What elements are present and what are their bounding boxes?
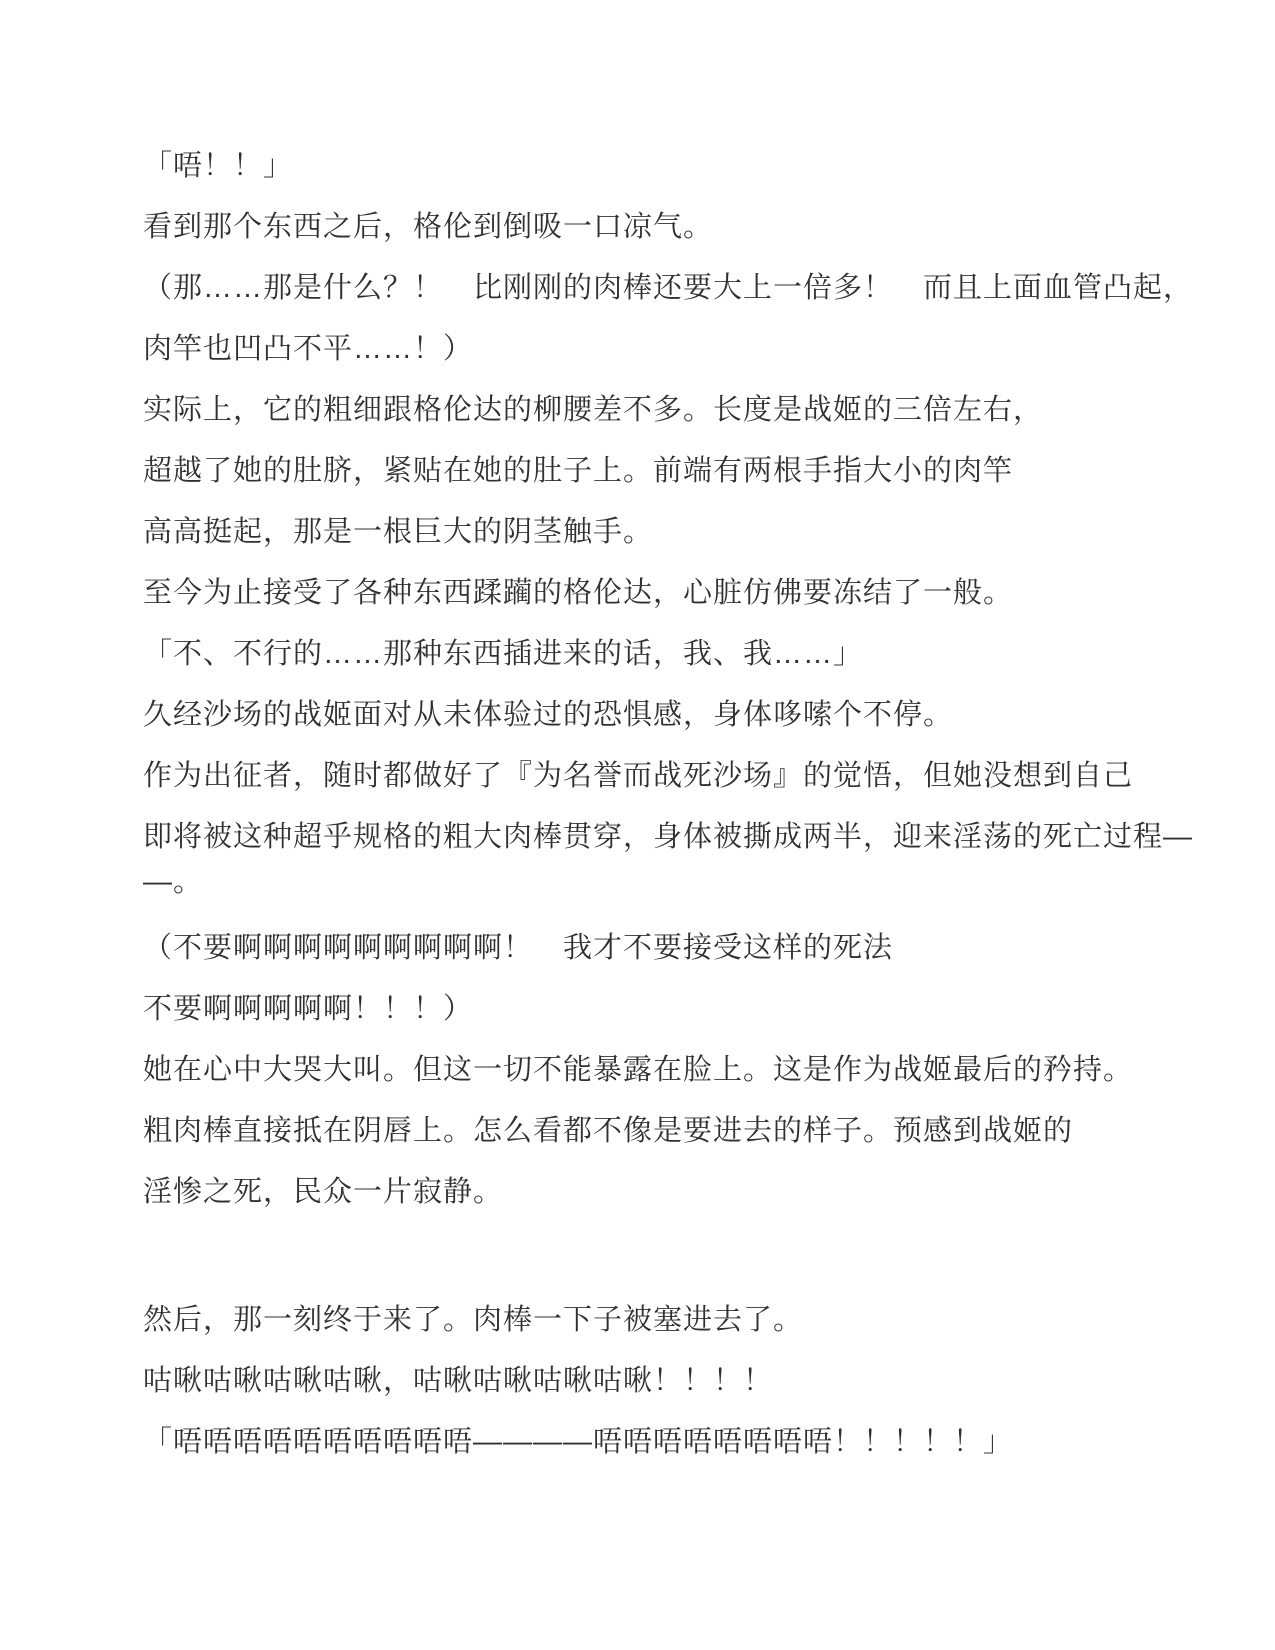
text-line: 肉竿也凹凸不平……！） [143,319,1165,380]
text-block: 「唔！！」 看到那个东西之后，格伦到倒吸一口凉气。 （那……那是什么？！ 比刚刚… [143,136,1165,1473]
text-line: 即将被这种超乎规格的粗大肉棒贯穿，身体被撕成两半，迎来淫荡的死亡过程— [143,807,1165,868]
text-line: 「唔！！」 [143,136,1165,197]
text-line: 粗肉棒直接抵在阴唇上。怎么看都不像是要进去的样子。预感到战姬的 [143,1101,1165,1162]
text-line: 作为出征者，随时都做好了『为名誉而战死沙场』的觉悟，但她没想到自己 [143,746,1165,807]
text-line: 不要啊啊啊啊啊！！！） [143,979,1165,1040]
text-line: 超越了她的肚脐，紧贴在她的肚子上。前端有两根手指大小的肉竿 [143,441,1165,502]
text-line: 她在心中大哭大叫。但这一切不能暴露在脸上。这是作为战姬最后的矜持。 [143,1040,1165,1101]
text-line: 高高挺起，那是一根巨大的阴茎触手。 [143,502,1165,563]
text-line: 「不、不行的……那种东西插进来的话，我、我……」 [143,624,1165,685]
text-line: 至今为止接受了各种东西蹂躏的格伦达，心脏仿佛要冻结了一般。 [143,563,1165,624]
text-line: （不要啊啊啊啊啊啊啊啊啊！ 我才不要接受这样的死法 [143,918,1165,979]
text-line: 然后，那一刻终于来了。肉棒一下子被塞进去了。 [143,1290,1165,1351]
text-line: （那……那是什么？！ 比刚刚的肉棒还要大上一倍多！ 而且上面血管凸起， [143,258,1165,319]
text-line: 实际上，它的粗细跟格伦达的柳腰差不多。长度是战姬的三倍左右， [143,380,1165,441]
text-line: 久经沙场的战姬面对从未体验过的恐惧感，身体哆嗦个不停。 [143,685,1165,746]
text-line: 咕啾咕啾咕啾咕啾，咕啾咕啾咕啾咕啾！！！！ [143,1351,1165,1412]
document-page: 「唔！！」 看到那个东西之后，格伦到倒吸一口凉气。 （那……那是什么？！ 比刚刚… [0,0,1275,1650]
text-line: 淫惨之死，民众一片寂静。 [143,1162,1165,1223]
text-line: 「唔唔唔唔唔唔唔唔唔唔————唔唔唔唔唔唔唔唔！！！！！」 [143,1412,1165,1473]
text-line: 看到那个东西之后，格伦到倒吸一口凉气。 [143,197,1165,258]
